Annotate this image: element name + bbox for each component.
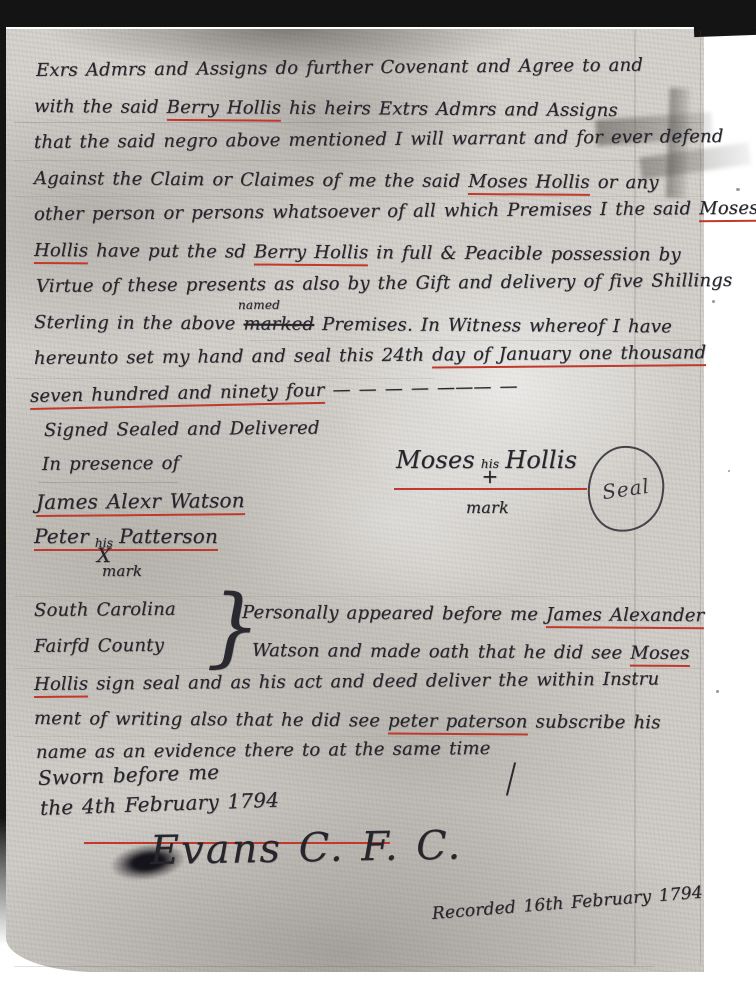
witness2-first: Peter [34, 524, 89, 548]
deed-text: have put the sd [88, 240, 254, 262]
probate-line: ment of writing also that he did see pet… [34, 708, 661, 733]
witness-signature: PeterhisXPatterson [34, 524, 218, 563]
underlined-name: Hollis [34, 674, 88, 698]
underlined-name: Berry Hollis [167, 97, 282, 122]
probate-text: Personally appeared before me [242, 602, 546, 625]
interlined-word: named [238, 298, 280, 312]
probate-line: Watson and made oath that he did see Mos… [252, 640, 690, 664]
deed-line: Against the Claim or Claimes of me the s… [34, 168, 659, 193]
speck [736, 188, 740, 191]
underlined-name: Moses [630, 643, 690, 667]
interline-text: named [238, 298, 280, 312]
mark-text: mark [102, 562, 142, 580]
seal-text: Seal [601, 474, 652, 504]
cross-mark: + [482, 469, 499, 484]
mark-text: mark [466, 498, 509, 517]
ruled-line [14, 736, 514, 737]
presence-text: In presence of [42, 453, 180, 475]
signer-first: Moses [396, 446, 475, 474]
deed-text: Premises. In Witness whereof I have [314, 314, 672, 337]
signer-mark-signature: Moseshis+Hollis [394, 446, 587, 490]
deed-text: with the said [34, 96, 167, 118]
deed-line: Sterling in the above marked Premises. I… [34, 312, 672, 337]
scan-border-top-wedge [694, 21, 756, 37]
deed-line: hereunto set my hand and seal this 24th … [34, 342, 707, 369]
deed-text: or any [590, 172, 659, 193]
witness1-name: James Alexr Watson [36, 488, 245, 517]
witness2-name: PeterhisXPatterson [34, 524, 218, 551]
deed-text: — — — — ——— — [324, 376, 518, 401]
scan-border-top [0, 0, 756, 27]
deed-text: Signed Sealed and Delivered [44, 418, 320, 441]
deed-text: in full & Peacible possession by [368, 242, 681, 265]
speck [728, 470, 730, 472]
underlined-date: day of January one thousand [432, 342, 706, 368]
county-text: Fairfd County [34, 635, 164, 657]
probate-text: Watson and made oath that he did see [252, 640, 630, 664]
probate-county: Fairfd County [34, 635, 164, 657]
probate-text: subscribe his [528, 711, 661, 733]
deed-text: Against the Claim or Claimes of me the s… [34, 168, 468, 192]
notary-signature-text: Evans C. F. C. [150, 823, 463, 874]
deed-text: his heirs Extrs Admrs and Assigns [281, 98, 618, 121]
underlined-name: Moses [699, 198, 756, 223]
x-mark: X [97, 548, 111, 563]
signer-name-row: Moseshis+Hollis [394, 446, 587, 490]
speck [716, 690, 719, 693]
probate-line: Personally appeared before me James Alex… [242, 602, 705, 626]
underlined-name: Berry Hollis [254, 242, 369, 267]
probate-state: South Carolina [34, 599, 176, 621]
brace-glyph: } [206, 577, 261, 677]
probate-text: name as an evidence there to at the same… [36, 738, 491, 763]
document-scan: Exrs Admrs and Assigns do further Covena… [0, 0, 756, 1005]
ruled-line [14, 596, 700, 597]
notary-signature: Evans C. F. C. [150, 823, 463, 874]
state-text: South Carolina [34, 599, 176, 621]
deed-text: hereunto set my hand and seal this 24th [34, 345, 432, 369]
ruled-line [14, 160, 664, 161]
ruled-line [250, 340, 700, 341]
mark-label: mark [102, 562, 142, 580]
deed-text: Sterling in the above [34, 312, 244, 334]
probate-text: ment of writing also that he did see [34, 708, 388, 731]
underlined-name: peter paterson [388, 710, 528, 735]
underlined-name: Moses Hollis [468, 171, 590, 196]
witness2-last: Patterson [119, 524, 218, 548]
ruled-line [14, 196, 704, 197]
his-mark: his+ [481, 460, 499, 484]
speck [712, 300, 715, 303]
scan-border-left [0, 26, 6, 946]
mark-label: mark [466, 498, 509, 517]
probate-line: name as an evidence there to at the same… [36, 738, 491, 763]
presence-label: In presence of [42, 453, 180, 475]
signer-last: Hollis [505, 446, 577, 474]
underlined-name: James Alexander [546, 604, 704, 629]
paper-bottom-edge-line [14, 966, 654, 967]
deed-line: Signed Sealed and Delivered [44, 418, 320, 441]
witness-signature: James Alexr Watson [36, 488, 245, 514]
underlined-name: Hollis [34, 240, 88, 264]
his-mark: hisX [95, 539, 113, 563]
struck-word: marked [243, 313, 314, 334]
deed-line: with the said Berry Hollis his heirs Ext… [34, 96, 618, 121]
ruled-line [38, 482, 178, 483]
